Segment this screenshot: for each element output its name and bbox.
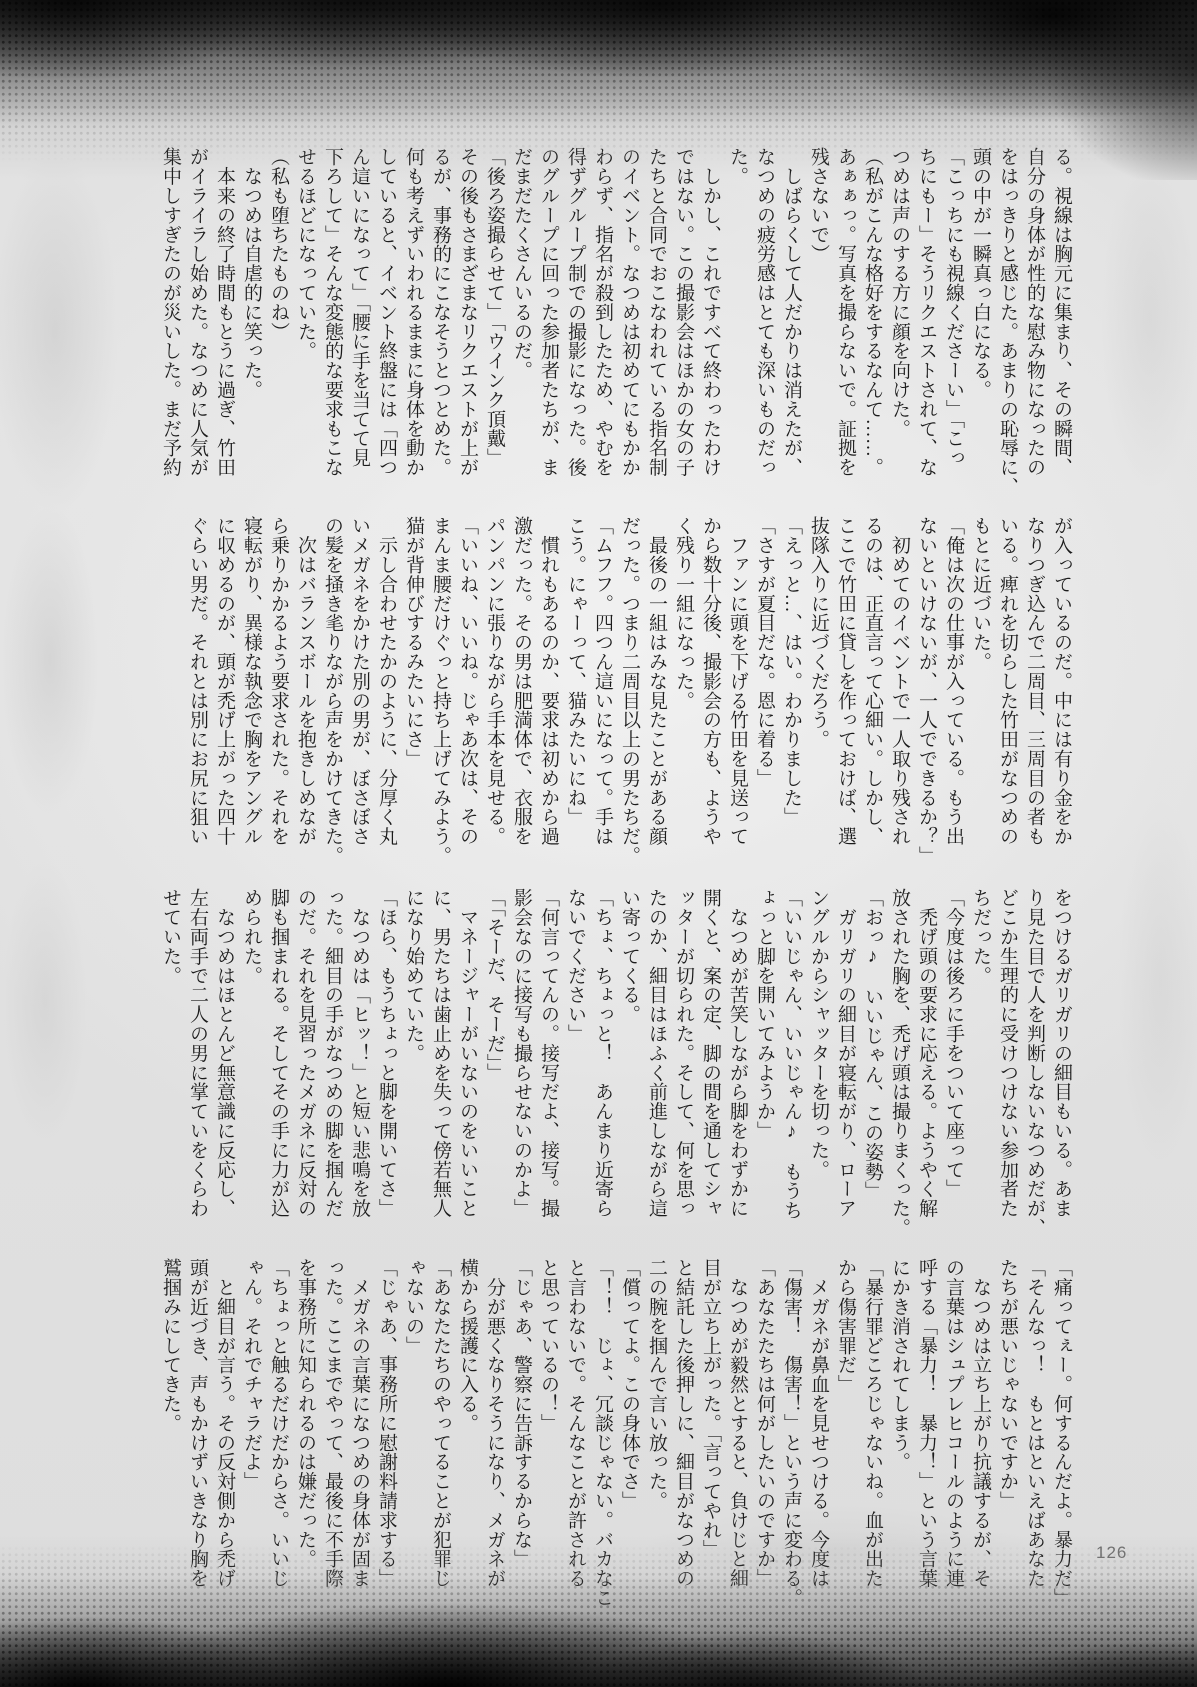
text-column: 「痛ってぇー。何するんだよ。暴力だ」 (1048, 1258, 1075, 1606)
text-column: ゃん。それでチャラだよ」 (238, 1258, 265, 1606)
text-column: 二の腕を掴んで言い放った。 (643, 1258, 670, 1606)
text-column: のイベント。なつめは初めてにもかか (616, 147, 643, 497)
text-column: 呼する「暴力！ 暴力！」という言葉 (913, 1258, 940, 1606)
text-column: なつめが苦笑しながら脚をわずかに (724, 888, 751, 1240)
text-column: く残り一組になった。 (670, 516, 697, 856)
text-column: と結託した後押しに、細目がなつめの (670, 1258, 697, 1606)
text-column: だまだたくさんいるのだ。 (508, 147, 535, 497)
text-column: た。 (724, 147, 751, 497)
text-column: ッターが切られた。そして、何を思っ (670, 888, 697, 1240)
text-column: 放された胸を、禿げ頭は撮りまくった。 (886, 888, 913, 1240)
text-column: 分が悪くなりそうになり、メガネが (481, 1258, 508, 1606)
text-column: と細目が言う。その反対側から禿げ (211, 1258, 238, 1606)
text-column: たのか、細目はほふく前進しながら這 (643, 888, 670, 1240)
text-column: わらず、指名が殺到したため、やむを (589, 147, 616, 497)
text-column: 「あなたたちは何がしたいのですか」 (751, 1258, 778, 1606)
text-column: 寝転がり、異様な執念で胸をアングル (238, 516, 265, 856)
text-column: から数十分後、撮影会の方も、ようや (697, 516, 724, 856)
page-number: 126 (1096, 1543, 1127, 1563)
text-band-2: が入っているのだ。中には有り金をかなりつぎ込んで二周目、三周目の者もいる。痺れを… (184, 516, 1075, 856)
text-column: 横から援護に入る。 (454, 1258, 481, 1606)
text-column: 激だった。その男は肥満体で、衣服を (508, 516, 535, 856)
text-column: 「償ってよ。この身体でさ」 (616, 1258, 643, 1606)
text-column: 「ちょ、ちょっと！ あんまり近寄ら (589, 888, 616, 1240)
text-column: 示し合わせたかのように、分厚く丸 (373, 516, 400, 856)
text-column: 得ずグループ制での撮影になった。後 (562, 147, 589, 497)
text-column: る。視線は胸元に集まり、その瞬間、 (1048, 147, 1075, 497)
text-column: なつめの疲労感はとても深いものだっ (751, 147, 778, 497)
text-column: の髪を掻き毟りながら声をかけてきた。 (319, 516, 346, 856)
text-column: が入っているのだ。中には有り金をか (1048, 516, 1075, 856)
text-column: ら乗りかかるよう要求された。それを (265, 516, 292, 856)
text-column: ないといけないが、一人でできるか？」 (913, 516, 940, 856)
text-column: るのは、正直言って心細い。しかし、 (859, 516, 886, 856)
text-column: 「「そーだ、そーだ」」 (481, 888, 508, 1240)
text-column: のだ。それを見習ったメガネに反対の (292, 888, 319, 1240)
text-column: 「じゃあ、警察に告訴するからな」 (508, 1258, 535, 1606)
text-column: 慣れもあるのか、要求は初めから過 (535, 516, 562, 856)
text-column: ゃないの」 (400, 1258, 427, 1606)
text-column: ではない。この撮影会はほかの女の子 (670, 147, 697, 497)
text-column: しばらくして人だかりは消えたが、 (778, 147, 805, 497)
text-column: せていた。 (157, 888, 184, 1240)
text-column: こう。にゃーって、猫みたいにね」 (562, 516, 589, 856)
text-column: ぐらい男だ。それとは別にお尻に狙い (184, 516, 211, 856)
text-column: 「！！ じょ、冗談じゃない。バカなこ (589, 1258, 616, 1606)
text-column: たちと合同でおこなわれている指名制 (643, 147, 670, 497)
text-column: り見た目で人を判断しないなつめだが、 (1021, 888, 1048, 1240)
text-column: をはっきりと感じた。あまりの恥辱に、 (994, 147, 1021, 497)
text-column: なつめは自虐的に笑った。 (238, 147, 265, 497)
text-column: 左右両手で二人の男に掌ていをくらわ (184, 888, 211, 1240)
text-column: ングルからシャッターを切った。 (805, 888, 832, 1240)
text-column: 開くと、案の定、脚の間を通してシャ (697, 888, 724, 1240)
text-column: 何も考えずいわれるままに身体を動か (400, 147, 427, 497)
text-column: 自分の身体が性的な慰み物になったの (1021, 147, 1048, 497)
text-band-1: る。視線は胸元に集まり、その瞬間、自分の身体が性的な慰み物になったのをはっきりと… (157, 147, 1075, 497)
text-column: 「今度は後ろに手をついて座って」 (940, 888, 967, 1240)
text-column: その後もさまざまなリクエストが上が (454, 147, 481, 497)
text-column: ん這いになって」「腰に手を当てて見 (346, 147, 373, 497)
text-column: 集中しすぎたのが災いした。まだ予約 (157, 147, 184, 497)
text-column: 禿げ頭の要求に応える。ようやく解 (913, 888, 940, 1240)
text-column: 「えっと…、はい。わかりました」 (778, 516, 805, 856)
text-column: 「暴行罪どころじゃないね。血が出た (859, 1258, 886, 1606)
text-column: もとに近づいた。 (967, 516, 994, 856)
text-column: していると、イベント終盤には「四つ (373, 147, 400, 497)
text-column: 頭の中が一瞬真っ白になる。 (967, 147, 994, 497)
text-column: ここで竹田に貸しを作っておけば、選 (832, 516, 859, 856)
text-column: つめは声のする方に顔を向けた。 (886, 147, 913, 497)
text-column: 「何言ってんの。接写だよ、接写。撮 (535, 888, 562, 1240)
text-column: 次はバランスボールを抱きしめなが (292, 516, 319, 856)
text-column: あぁぁっ。写真を撮らないで。証拠を (832, 147, 859, 497)
text-column: になり始めていた。 (400, 888, 427, 1240)
text-column: 「いいじゃん、いいじゃん♪ もうち (778, 888, 805, 1240)
text-column: ちだった。 (967, 888, 994, 1240)
text-column: 影会なのに接写も撮らせないのかよ」 (508, 888, 535, 1240)
text-column: のグループに回った参加者たちが、ま (535, 147, 562, 497)
text-column: 残さないで） (805, 147, 832, 497)
text-column: ガリガリの細目が寝転がり、ローア (832, 888, 859, 1240)
text-column: メガネが鼻血を見せつける。今度は (805, 1258, 832, 1606)
text-column: った。細目の手がなつめの脚を掴んだ (319, 888, 346, 1240)
text-column: 「ほら、もうちょっと脚を開いてさ」 (373, 888, 400, 1240)
text-column: 「いいね、いいね。じゃあ次は、その (454, 516, 481, 856)
text-column: 目が立ち上がった。「言ってやれ」 (697, 1258, 724, 1606)
text-column: められた。 (238, 888, 265, 1240)
text-column: 初めてのイベントで一人取り残され (886, 516, 913, 856)
text-column: なりつぎ込んで二周目、三周目の者も (1021, 516, 1048, 856)
text-column: 下ろして」そんな変態的な要求もこな (319, 147, 346, 497)
text-column: どこか生理的に受けつけない参加者た (994, 888, 1021, 1240)
text-column: 脚も掴まれる。そしてその手に力が込 (265, 888, 292, 1240)
text-column: 最後の一組はみな見たことがある顔 (643, 516, 670, 856)
text-column: なつめが毅然とすると、負けじと細 (724, 1258, 751, 1606)
text-column: 「こっちにも視線くださーい」「こっ (940, 147, 967, 497)
text-column: しかし、これですべて終わったわけ (697, 147, 724, 497)
text-column: がイライラし始めた。なつめに人気が (184, 147, 211, 497)
text-column: いる。痺れを切らした竹田がなつめの (994, 516, 1021, 856)
text-column: せるほどになっていた。 (292, 147, 319, 497)
text-column: 「あなたたちのやってることが犯罪じ (427, 1258, 454, 1606)
text-column: をつけるガリガリの細目もいる。あま (1048, 888, 1075, 1240)
text-column: パンパンに張りながら手本を見せる。 (481, 516, 508, 856)
text-column: なつめは「ヒッ！」と短い悲鳴を放 (346, 888, 373, 1240)
text-column: 「ムフフ。四つん這いになって。手は (589, 516, 616, 856)
text-column: いメガネをかけた別の男が、ぼさぼさ (346, 516, 373, 856)
text-column: い寄ってくる。 (616, 888, 643, 1240)
text-column: 「そんなっ！ もとはといえばあなた (1021, 1258, 1048, 1606)
text-column: 鷲掴みにしてきた。 (157, 1258, 184, 1606)
text-column: 「さすが夏目だな。恩に着る」 (751, 516, 778, 856)
text-column: にかき消されてしまう。 (886, 1258, 913, 1606)
text-column: 本来の終了時間もとうに過ぎ、竹田 (211, 147, 238, 497)
text-column: 抜隊入りに近づくだろう。 (805, 516, 832, 856)
text-column: 「傷害！ 傷害！」という声に変わる。 (778, 1258, 805, 1606)
text-column: たちが悪いじゃないですか」 (994, 1258, 1021, 1606)
text-column: から傷害罪だ」 (832, 1258, 859, 1606)
text-column: マネージャーがいないのをいいこと (454, 888, 481, 1240)
text-column: ょっと脚を開いてみようか」 (751, 888, 778, 1240)
text-column: の言葉はシュプレヒコールのように連 (940, 1258, 967, 1606)
text-column: 「後ろ姿撮らせて」「ウインク頂戴」 (481, 147, 508, 497)
text-column: （私も堕ちたものね） (265, 147, 292, 497)
text-column: に収めるのが、頭が禿げ上がった四十 (211, 516, 238, 856)
text-column: と思っているの！」 (535, 1258, 562, 1606)
text-column: 「ちょっと触るだけだからさ。いいじ (265, 1258, 292, 1606)
text-column: なつめはほとんど無意識に反応し、 (211, 888, 238, 1240)
text-column: メガネの言葉になつめの身体が固ま (346, 1258, 373, 1606)
text-column: ちにもー」そうリクエストされて、な (913, 147, 940, 497)
text-column: と言わないで。そんなことが許される (562, 1258, 589, 1606)
text-column: 猫が背伸びするみたいにさ」 (400, 516, 427, 856)
text-column: ないでください」 (562, 888, 589, 1240)
text-column: った。ここまでやって、最後に不手際 (319, 1258, 346, 1606)
text-column: まんま腰だけぐっと持ち上げてみよう。 (427, 516, 454, 856)
text-column: （私がこんな格好をするなんて……。 (859, 147, 886, 497)
text-column: なつめは立ち上がり抗議するが、そ (967, 1258, 994, 1606)
text-column: だった。つまり二周目以上の男たちだ。 (616, 516, 643, 856)
text-column: 頭が近づき、声もかけずいきなり胸を (184, 1258, 211, 1606)
text-column: 「じゃあ、事務所に慰謝料請求する」 (373, 1258, 400, 1606)
text-column: るが、事務的にこなそうとつとめた。 (427, 147, 454, 497)
text-band-3: をつけるガリガリの細目もいる。あまり見た目で人を判断しないなつめだが、どこか生理… (157, 888, 1075, 1240)
text-column: 「おっ♪ いいじゃん、この姿勢」 (859, 888, 886, 1240)
text-column: 「俺は次の仕事が入っている。もう出 (940, 516, 967, 856)
text-column: を事務所に知られるのは嫌だった。 (292, 1258, 319, 1606)
text-column: に、男たちは歯止めを失って傍若無人 (427, 888, 454, 1240)
text-column: ファンに頭を下げる竹田を見送って (724, 516, 751, 856)
text-band-4: 「痛ってぇー。何するんだよ。暴力だ」「そんなっ！ もとはといえばあなたたちが悪い… (157, 1258, 1075, 1606)
